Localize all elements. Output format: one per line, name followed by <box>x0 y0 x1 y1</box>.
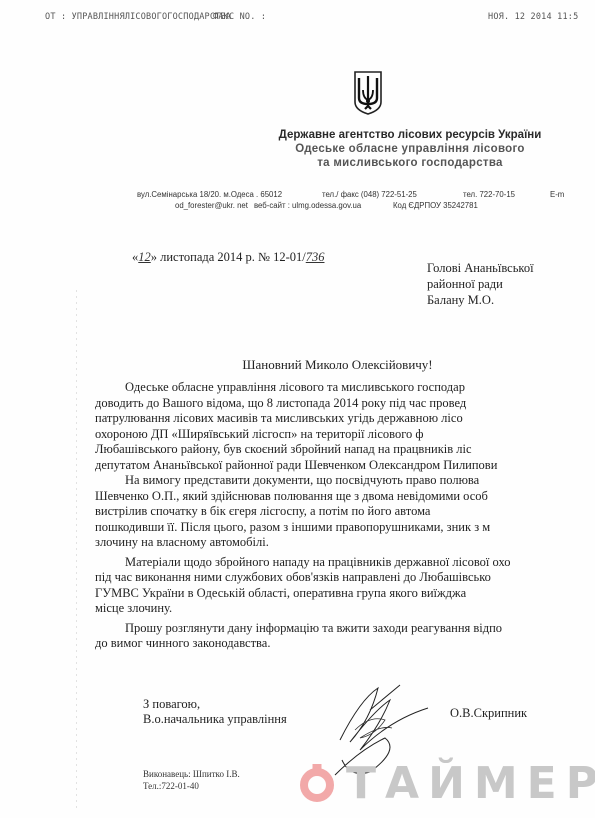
letter-body: Одеське обласне управління лісового та м… <box>95 380 595 652</box>
executor-phone: Тел.:722-01-40 <box>143 780 240 792</box>
ref-month-year: листопада 2014 р. № 12-01/ <box>157 250 306 264</box>
contacts-block: вул.Семінарська 18/20. м.Одеса . 65012 т… <box>137 189 595 211</box>
ref-day: 12 <box>138 250 151 264</box>
taimer-watermark: ТАЙМЕР <box>300 760 595 806</box>
ref-number: 736 <box>306 250 325 264</box>
email: od_forester@ukr. net <box>175 200 248 211</box>
email-label: E-m <box>550 189 564 200</box>
salutation: Шановний Миколо Олексійовичу! <box>0 357 595 373</box>
scan-artifact <box>76 290 77 810</box>
paragraph-3: Матеріали щодо збройного нападу на праці… <box>95 555 595 617</box>
tel-fax: тел./ факс (048) 722-51-25 <box>322 189 417 200</box>
paragraph-1: Одеське обласне управління лісового та м… <box>95 380 595 473</box>
stopwatch-o-icon <box>300 768 334 802</box>
executor-info: Виконавець: Шпитко І.В. Тел.:722-01-40 <box>143 768 240 792</box>
letterhead-department-cont: та мисливського господарства <box>220 156 595 170</box>
paragraph-4: Прошу розглянути дану інформацію та вжит… <box>95 621 595 652</box>
fax-datetime: НОЯ. 12 2014 11:5 <box>488 12 578 22</box>
signer-title: В.о.начальника управління <box>143 712 287 727</box>
closing-regards: З повагою, <box>143 697 287 712</box>
addressee: Голові Ананьївської районної ради Балану… <box>427 260 534 308</box>
website: веб-сайт : ulmg.odessa.gov.ua <box>254 200 361 211</box>
reference-line: «12» листопада 2014 р. № 12-01/736 <box>132 250 324 265</box>
letterhead: Державне агентство лісових ресурсів Укра… <box>220 128 595 170</box>
closing: З повагою, В.о.начальника управління <box>143 697 287 727</box>
signer-name: О.В.Скрипник <box>450 706 527 721</box>
fax-from: ОТ : УПРАВЛІННЯЛІСОВОГОГОСПОДАРСТВА <box>45 12 231 22</box>
trident-coat-of-arms-icon <box>353 70 383 116</box>
paragraph-2: На вимогу представити документи, що посв… <box>95 473 595 551</box>
edrpou-code: Код ЄДРПОУ 35242781 <box>393 200 478 211</box>
fax-number: ФАКС NO. : <box>213 12 266 22</box>
tel: тел. 722-70-15 <box>463 189 515 200</box>
letterhead-department: Одеське обласне управління лісового <box>220 142 595 156</box>
letterhead-agency: Державне агентство лісових ресурсів Укра… <box>220 128 595 142</box>
watermark-text: ТАЙМЕР <box>346 758 595 809</box>
document-page: ОТ : УПРАВЛІННЯЛІСОВОГОГОСПОДАРСТВА ФАКС… <box>0 0 595 818</box>
executor-name: Виконавець: Шпитко І.В. <box>143 768 240 780</box>
address: вул.Семінарська 18/20. м.Одеса . 65012 <box>137 189 282 200</box>
